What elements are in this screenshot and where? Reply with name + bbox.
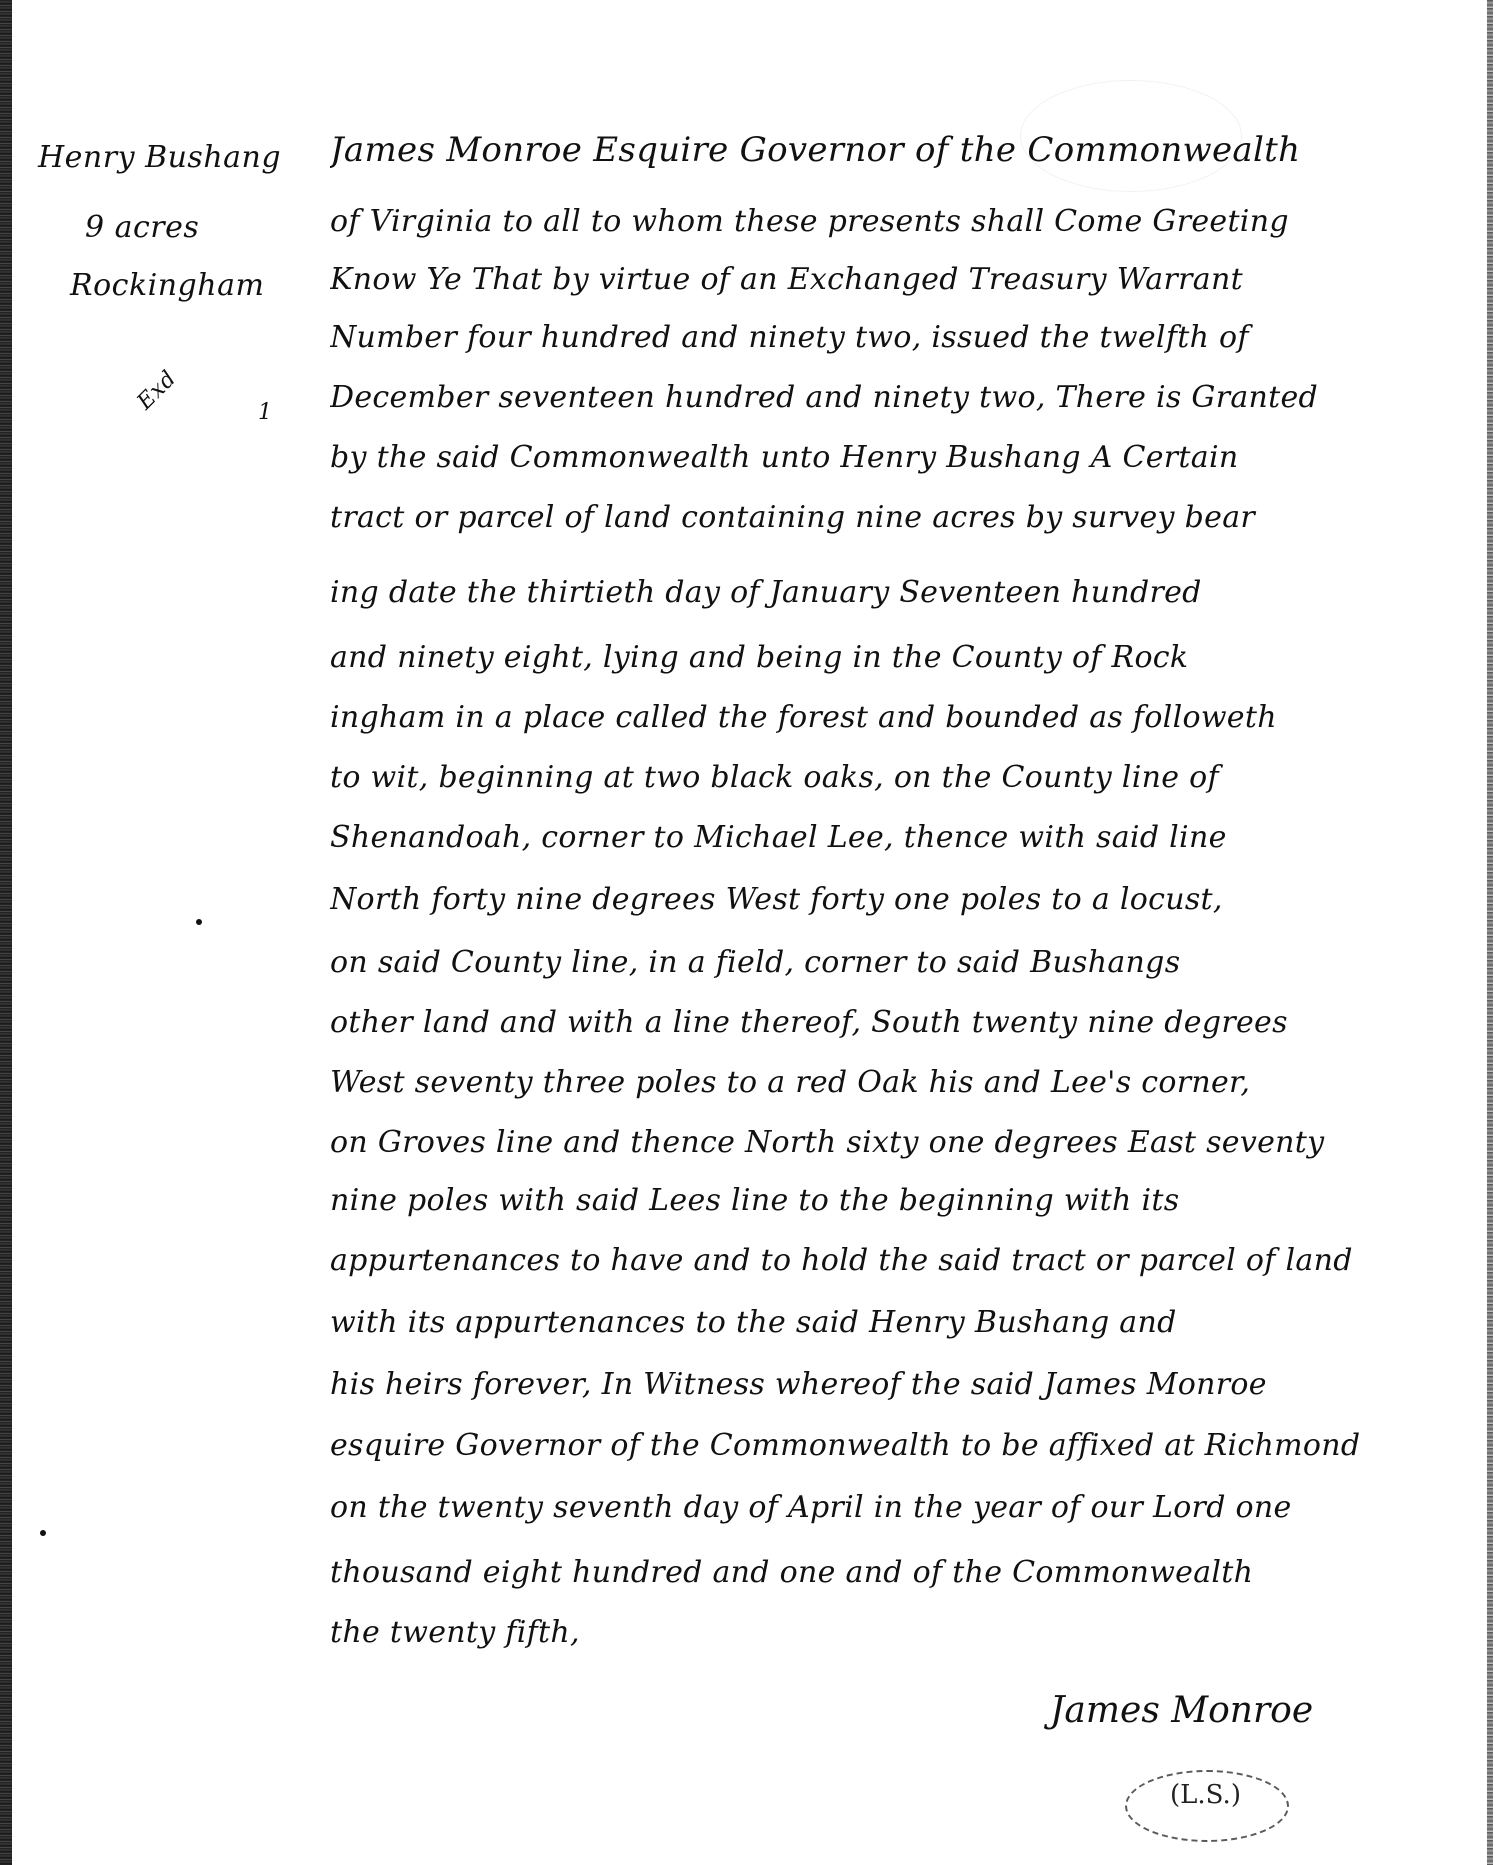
body-line: ing date the thirtieth day of January Se…: [330, 575, 1470, 611]
body-line: with its appurtenances to the said Henry…: [330, 1305, 1470, 1341]
body-line: of Virginia to all to whom these present…: [330, 204, 1470, 240]
margin-note-grantee: Henry Bushang: [38, 140, 281, 175]
body-line: his heirs forever, In Witness whereof th…: [330, 1367, 1470, 1403]
body-line: on Groves line and thence North sixty on…: [330, 1125, 1470, 1161]
body-line: by the said Commonwealth unto Henry Bush…: [330, 440, 1470, 476]
body-line: nine poles with said Lees line to the be…: [330, 1183, 1470, 1219]
body-line: esquire Governor of the Commonwealth to …: [330, 1428, 1470, 1464]
governor-signature: James Monroe: [1050, 1690, 1313, 1731]
margin-note-acres: 9 acres: [85, 210, 199, 245]
margin-note-county: Rockingham: [70, 268, 264, 303]
stray-ink-dot: [196, 919, 202, 925]
body-line: to wit, beginning at two black oaks, on …: [330, 760, 1470, 796]
document-page: Henry Bushang 9 acres Rockingham Exd 1 J…: [0, 0, 1500, 1865]
body-line: James Monroe Esquire Governor of the Com…: [330, 132, 1470, 168]
body-line: tract or parcel of land containing nine …: [330, 500, 1470, 536]
body-line: on said County line, in a field, corner …: [330, 945, 1470, 981]
margin-note-exam-mark: Exd: [133, 366, 182, 415]
body-line: other land and with a line thereof, Sout…: [330, 1005, 1470, 1041]
seal-mark: (L.S.): [1170, 1780, 1241, 1810]
body-line: the twenty fifth,: [330, 1615, 1470, 1651]
margin-note-small-mark: 1: [258, 400, 273, 425]
scan-edge-left: [0, 0, 12, 1865]
body-line: North forty nine degrees West forty one …: [330, 882, 1470, 918]
body-line: Number four hundred and ninety two, issu…: [330, 320, 1470, 356]
body-line: West seventy three poles to a red Oak hi…: [330, 1065, 1470, 1101]
body-line: and ninety eight, lying and being in the…: [330, 640, 1470, 676]
body-line: thousand eight hundred and one and of th…: [330, 1555, 1470, 1591]
body-line: Shenandoah, corner to Michael Lee, thenc…: [330, 820, 1470, 856]
stray-ink-dot: [40, 1530, 46, 1536]
body-line: December seventeen hundred and ninety tw…: [330, 380, 1470, 416]
body-line: Know Ye That by virtue of an Exchanged T…: [330, 262, 1470, 298]
scan-edge-right: [1487, 0, 1493, 1865]
body-line: on the twenty seventh day of April in th…: [330, 1490, 1470, 1526]
body-line: appurtenances to have and to hold the sa…: [330, 1243, 1470, 1279]
body-line: ingham in a place called the forest and …: [330, 700, 1470, 736]
